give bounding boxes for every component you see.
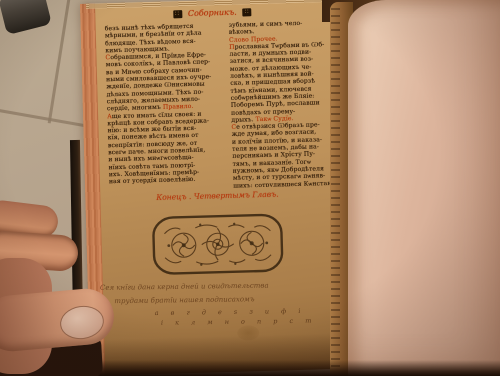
running-header: ∷ Соборникъ. ∷ — [80, 5, 344, 21]
text-column-right: зубьями, и симъ чело-вѣкомъ.Слово Прочее… — [229, 19, 344, 188]
printed-left-page: ∷ Соборникъ. ∷ безъ нынѣ тѣхъ ѡбрящетсям… — [80, 0, 354, 376]
header-ornament-stamp-right: ∷ — [243, 8, 252, 16]
handwritten-numeral-row-2: і к л м н о п р с т — [161, 317, 317, 327]
handwritten-annotation-line-2: трудами братїи нашея подписахомъ — [114, 295, 254, 305]
tile-grout-line-vertical — [48, 0, 72, 123]
handwritten-annotation-line-1: Сея кнїги дана керна дней и свидѣтельств… — [100, 281, 340, 292]
page-edge-text-specks — [331, 8, 340, 368]
running-title: Соборникъ. — [188, 8, 237, 18]
photo-of-open-antique-book: ∷ Соборникъ. ∷ безъ нынѣ тѣхъ ѡбрящетсям… — [0, 0, 500, 376]
handwritten-numeral-row-1: а в г д е ѕ з и ф і — [155, 307, 306, 317]
text-column-left: безъ нынѣ тѣхъ ѡбрящетсямѣрными, и брезѣ… — [105, 22, 230, 191]
blank-right-page — [348, 0, 500, 376]
floral-woodcut-ornament — [150, 210, 286, 280]
dark-object-top-left — [0, 0, 52, 35]
bottom-edge-shadow — [60, 360, 500, 376]
header-ornament-stamp-left: ∷ — [173, 10, 182, 18]
